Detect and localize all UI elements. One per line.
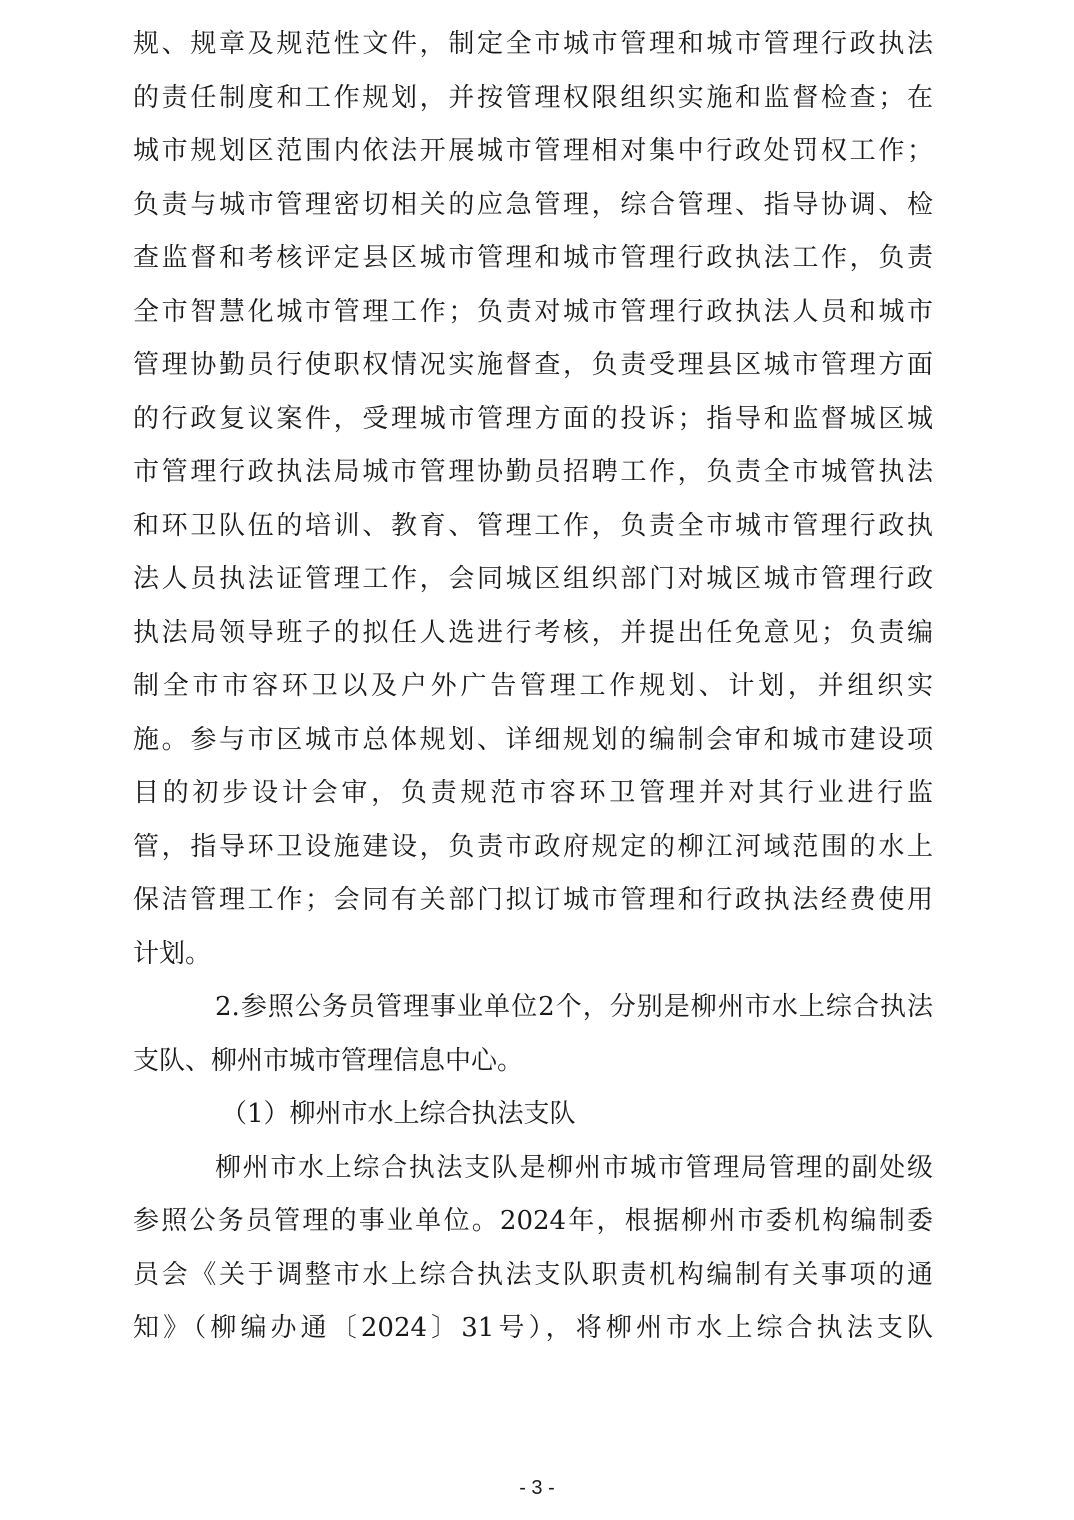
text-line: 和环卫队伍的培训、教育、管理工作，负责全市城市管理行政执 [133,500,933,554]
text-line: 知》（柳编办通〔2024〕31号），将柳州市水上综合执法支队 [133,1302,933,1356]
text-line: 市管理行政执法局城市管理协勤员招聘工作，负责全市城管执法 [133,446,933,500]
text-line: 管，指导环卫设施建设，负责市政府规定的柳江河域范围的水上 [133,821,933,875]
text-line: 城市规划区范围内依法开展城市管理相对集中行政处罚权工作； [133,125,933,179]
section-heading: （1）柳州市水上综合执法支队 [133,1088,933,1142]
text-line: 施。参与市区城市总体规划、详细规划的编制会审和城市建设项 [133,714,933,768]
text-line: 执法局领导班子的拟任人选进行考核，并提出任免意见；负责编 [133,607,933,661]
text-line: 目的初步设计会审，负责规范市容环卫管理并对其行业进行监 [133,767,933,821]
text-line: 全市智慧化城市管理工作；负责对城市管理行政执法人员和城市 [133,286,933,340]
text-line: 规、规章及规范性文件，制定全市城市管理和城市管理行政执法 [133,18,933,72]
text-line: 的行政复议案件，受理城市管理方面的投诉；指导和监督城区城 [133,393,933,447]
document-page: 规、规章及规范性文件，制定全市城市管理和城市管理行政执法 的责任制度和工作规划，… [0,0,1074,1520]
text-line: 参照公务员管理的事业单位。2024年，根据柳州市委机构编制委 [133,1195,933,1249]
paragraph-line: 柳州市水上综合执法支队是柳州市城市管理局管理的副处级 [133,1142,933,1196]
text-line: 的责任制度和工作规划，并按管理权限组织实施和监督检查；在 [133,72,933,126]
text-line: 计划。 [133,928,933,982]
text-line: 制全市市容环卫以及户外广告管理工作规划、计划，并组织实 [133,660,933,714]
text-line: 员会《关于调整市水上综合执法支队职责机构编制有关事项的通 [133,1249,933,1303]
page-number: - 3 - [0,1477,1074,1500]
body-text: 规、规章及规范性文件，制定全市城市管理和城市管理行政执法 的责任制度和工作规划，… [133,18,933,1356]
text-line: 查监督和考核评定县区城市管理和城市管理行政执法工作，负责 [133,232,933,286]
text-line: 法人员执法证管理工作，会同城区组织部门对城区城市管理行政 [133,553,933,607]
text-line: 负责与城市管理密切相关的应急管理，综合管理、指导协调、检 [133,179,933,233]
text-line: 管理协勤员行使职权情况实施督查，负责受理县区城市管理方面 [133,339,933,393]
text-line: 支队、柳州市城市管理信息中心。 [133,1035,933,1089]
text-line: 保洁管理工作；会同有关部门拟订城市管理和行政执法经费使用 [133,874,933,928]
paragraph-line: 2.参照公务员管理事业单位2个，分别是柳州市水上综合执法 [133,981,933,1035]
